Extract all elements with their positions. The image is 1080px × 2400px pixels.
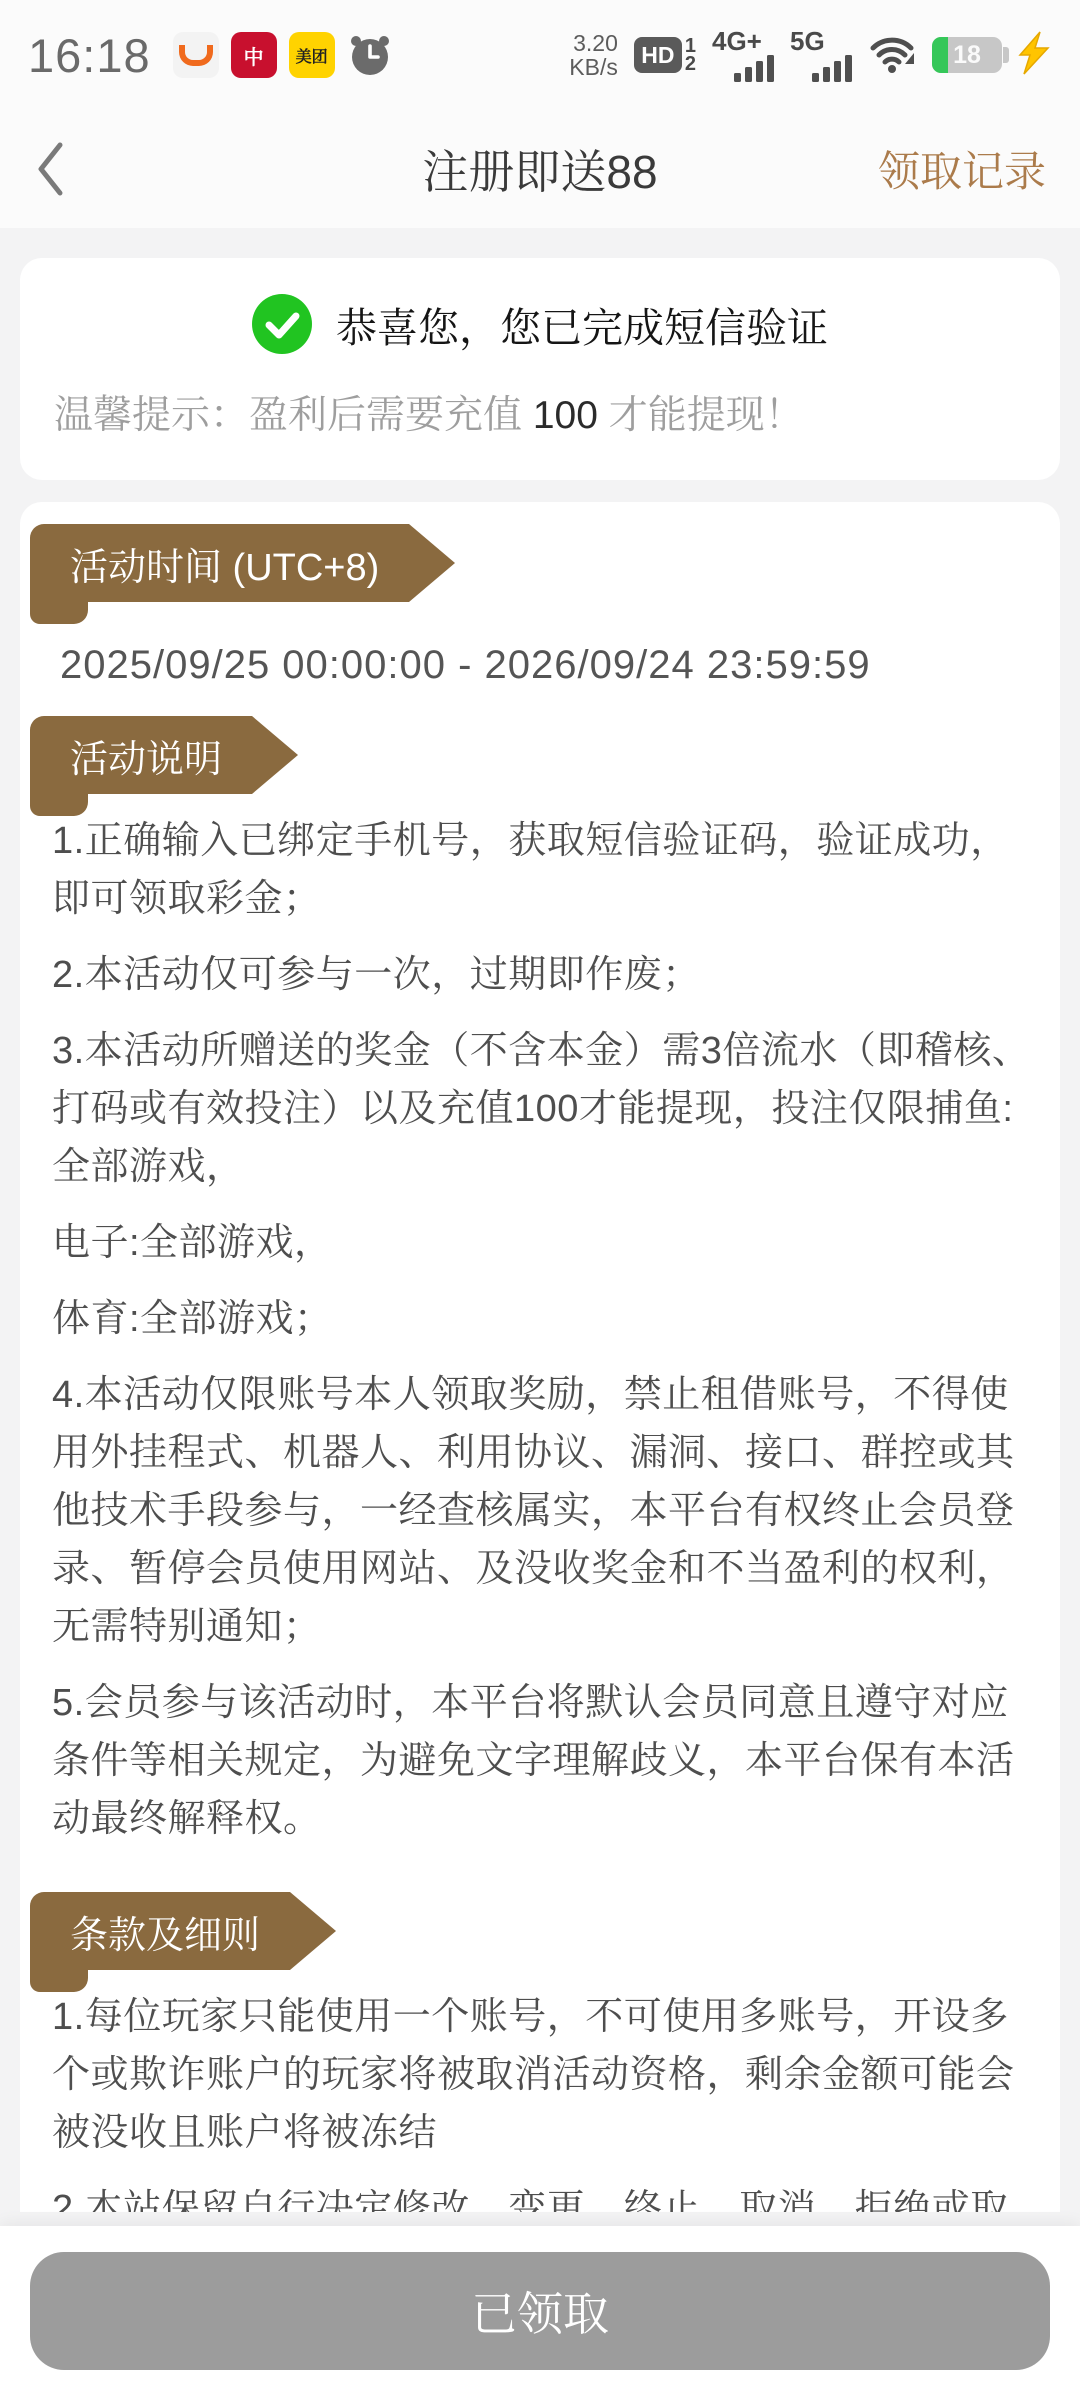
activity-detail-card: 活动时间 (UTC+8) 2025/09/25 00:00:00 - 2026/… — [20, 502, 1060, 2212]
network-speed-value: 3.20 — [573, 31, 618, 55]
didi-smile-icon — [179, 45, 213, 66]
tip-amount: 100 — [533, 394, 598, 437]
activity-desc-title: 活动说明 — [70, 728, 222, 783]
charging-bolt-icon — [1018, 31, 1052, 80]
network-type-2: 5G — [790, 29, 825, 53]
alarm-clock-icon — [347, 32, 393, 78]
claimed-button[interactable]: 已领取 — [30, 2252, 1050, 2370]
activity-date-range: 2025/09/25 00:00:00 - 2026/09/24 23:59:5… — [60, 636, 1034, 694]
boc-emblem-icon: 中 — [238, 39, 270, 71]
battery-percent: 18 — [932, 41, 1002, 70]
deposit-tip: 温馨提示：盈利后需要充值 100 才能提现！ — [54, 390, 1026, 442]
status-bar: 16:18 中 美团 3.20 KB/s — [0, 0, 1080, 110]
scroll-area[interactable]: 恭喜您，您已完成短信验证 温馨提示：盈利后需要充值 100 才能提现！ 活动时间… — [0, 228, 1080, 2212]
section-ribbon-activity-desc: 活动说明 — [30, 716, 252, 794]
header: 注册即送88 领取记录 — [0, 110, 1080, 228]
status-time: 16:18 — [28, 28, 151, 83]
network-speed: 3.20 KB/s — [569, 31, 618, 79]
back-button[interactable] — [34, 139, 74, 199]
rule-item: 3.本活动所赠送的奖金（不含本金）需3倍流水（即稽核、打码或有效投注）以及充值1… — [52, 1022, 1034, 1196]
wifi-icon — [868, 32, 916, 79]
meituan-app-icon: 美团 — [289, 32, 335, 78]
rule-item: 体育:全部游戏； — [52, 1290, 1034, 1348]
hd-badge: HD — [634, 37, 682, 73]
signal-sim2: 5G — [790, 29, 852, 82]
activity-time-title: 活动时间 (UTC+8) — [70, 536, 379, 591]
term-item: 2.本站保留自行决定修改、变更、终止、取消、拒绝或取消此优惠活动的权利 — [52, 2180, 1034, 2212]
rule-item: 5.会员参与该活动时，本平台将默认会员同意且遵守对应条件等相关规定，为避免文字理… — [52, 1674, 1034, 1848]
battery-icon: 18 — [932, 37, 1002, 73]
network-type-1: 4G+ — [712, 29, 762, 53]
success-message: 恭喜您，您已完成短信验证 — [336, 295, 828, 354]
chevron-left-icon — [34, 140, 66, 198]
check-circle-icon — [252, 294, 312, 354]
terms-rules: 1.每位玩家只能使用一个账号，不可使用多账号，开设多个或欺诈账户的玩家将被取消活… — [52, 1988, 1034, 2212]
bank-of-china-app-icon: 中 — [231, 32, 277, 78]
status-indicators: 3.20 KB/s HD 1 2 4G+ 5G — [569, 29, 1052, 82]
screen: 16:18 中 美团 3.20 KB/s — [0, 0, 1080, 2400]
signal-bars-icon — [734, 55, 774, 82]
footer-bar: 已领取 — [0, 2226, 1080, 2400]
signal-sim1: 4G+ — [712, 29, 774, 82]
top-area: 16:18 中 美团 3.20 KB/s — [0, 0, 1080, 228]
tip-prefix: 温馨提示：盈利后需要充值 — [54, 394, 533, 437]
sim2-label: 2 — [685, 55, 696, 73]
rule-item: 电子:全部游戏， — [52, 1214, 1034, 1272]
volte-hd-icon: HD 1 2 — [634, 37, 696, 73]
page-title: 注册即送88 — [422, 136, 657, 202]
rule-item: 2.本活动仅可参与一次，过期即作废； — [52, 946, 1034, 1004]
section-ribbon-terms: 条款及细则 — [30, 1892, 290, 1970]
tip-suffix: 才能提现！ — [598, 394, 804, 437]
didi-app-icon — [173, 32, 219, 78]
signal-bars-icon — [812, 55, 852, 82]
activity-rules: 1.正确输入已绑定手机号，获取短信验证码，验证成功，即可领取彩金； 2.本活动仅… — [52, 812, 1034, 1848]
claim-history-link[interactable]: 领取记录 — [878, 139, 1046, 199]
rule-item: 1.正确输入已绑定手机号，获取短信验证码，验证成功，即可领取彩金； — [52, 812, 1034, 928]
section-ribbon-activity-time: 活动时间 (UTC+8) — [30, 524, 409, 602]
network-speed-unit: KB/s — [569, 55, 618, 79]
sms-success-card: 恭喜您，您已完成短信验证 温馨提示：盈利后需要充值 100 才能提现！ — [20, 258, 1060, 480]
rule-item: 4.本活动仅限账号本人领取奖励，禁止租借账号，不得使用外挂程式、机器人、利用协议… — [52, 1366, 1034, 1656]
notification-icons: 中 美团 — [173, 32, 393, 78]
terms-title: 条款及细则 — [70, 1904, 260, 1959]
term-item: 1.每位玩家只能使用一个账号，不可使用多账号，开设多个或欺诈账户的玩家将被取消活… — [52, 1988, 1034, 2162]
meituan-logo-text: 美团 — [296, 44, 328, 67]
